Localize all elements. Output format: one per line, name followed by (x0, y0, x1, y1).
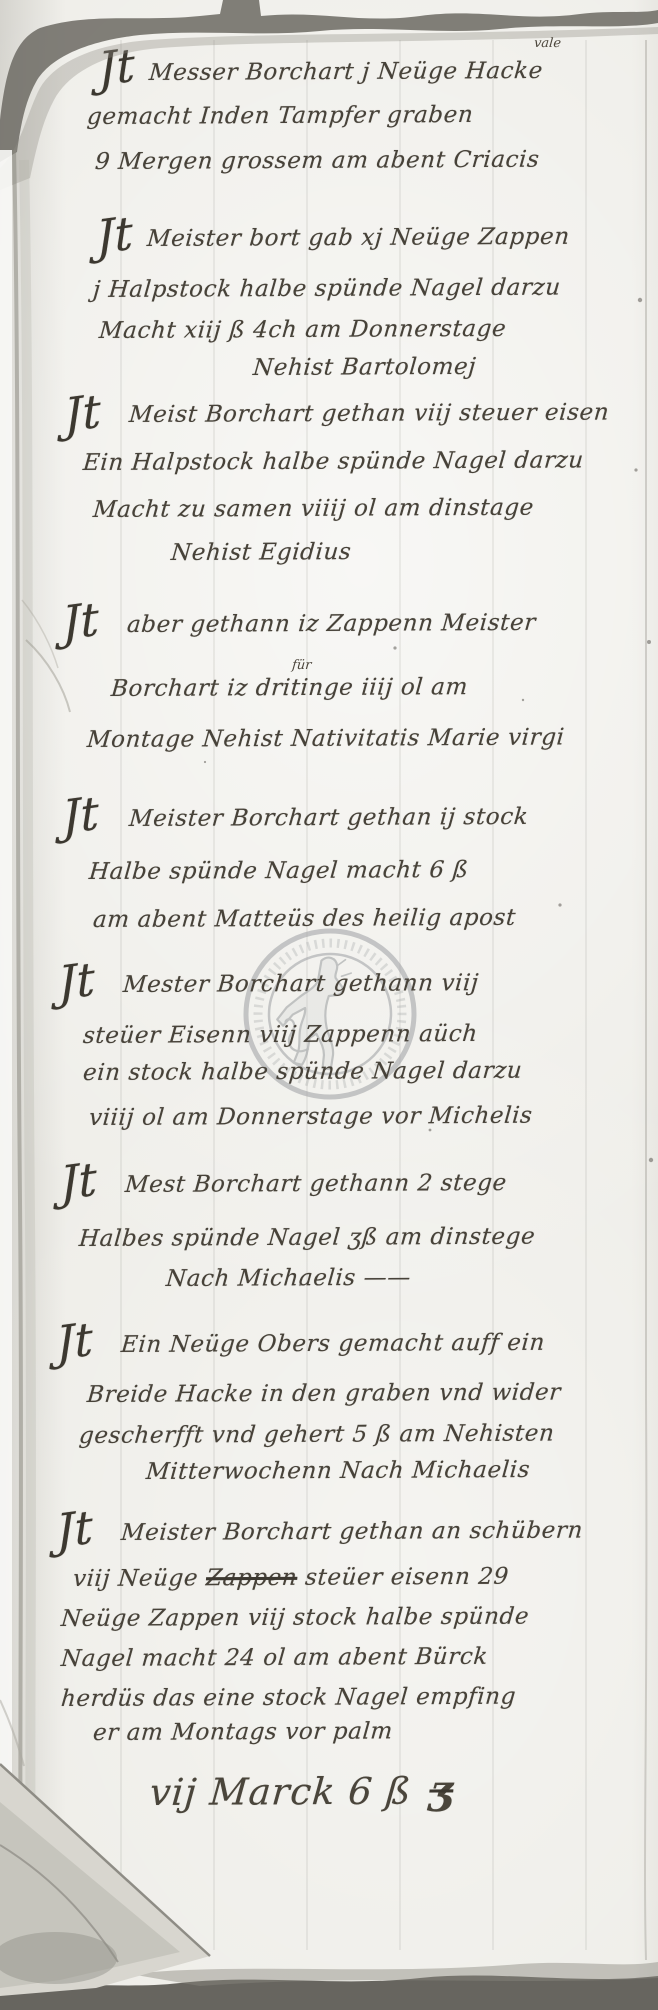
manuscript-line: Meister Borchart gethan an schübern (120, 1518, 584, 1546)
manuscript-line: 9 Mergen grossem am abent Criacis (94, 147, 541, 175)
item-mark: Jt (63, 387, 101, 438)
manuscript-line: Mitterwochenn Nach Michaelis (145, 1457, 531, 1485)
item-mark: Jt (55, 1315, 93, 1366)
manuscript-line: gemacht Inden Tampfer graben (86, 102, 474, 130)
manuscript-line: Mester Borchart gethann viij (122, 970, 480, 998)
manuscript-line: Halbe spünde Nagel macht 6 ß (88, 857, 470, 885)
sum-total-line: vij Marck 6 ßʒ (148, 1766, 455, 1815)
manuscript-line: j Halpstock halbe spünde Nagel darzu (92, 275, 562, 303)
manuscript-line: viiij ol am Donnerstage vor Michelis (88, 1103, 534, 1131)
item-mark: Jt (59, 1155, 97, 1206)
manuscript-line: Halbes spünde Nagel ʒß am dinstege (78, 1224, 536, 1252)
manuscript-line: ein stock halbe spünde Nagel darzu (82, 1058, 523, 1086)
manuscript-line: Nehist Egidius (170, 539, 352, 566)
manuscript-line: viij Neüge Zappen steüer eisenn 29 (72, 1564, 510, 1592)
chain-line (585, 40, 587, 1950)
item-mark: Jt (61, 595, 99, 646)
manuscript-line: herdüs das eine stock Nagel empfing (60, 1684, 517, 1712)
manuscript-line: Meist Borchart gethan viij steuer eisen (128, 399, 610, 428)
manuscript-line: Messer Borchart j Neüge Hacke (148, 58, 544, 86)
sum-total-struck-mark: ʒ (428, 1766, 456, 1813)
manuscript-line: Meister bort gab xj Neüge Zappen (146, 224, 571, 252)
manuscript-line: steüer Eisenn viij Zappenn aüch (82, 1021, 479, 1049)
manuscript-line: Neüge Zappen viij stock halbe spünde (60, 1604, 530, 1632)
item-mark: Jt (97, 41, 135, 92)
manuscript-line: Nagel macht 24 ol am abent Bürck (60, 1644, 489, 1672)
item-mark: Jt (61, 789, 99, 840)
manuscript-line: Mest Borchart gethann 2 stege (124, 1170, 508, 1198)
manuscript-line: Macht xiij ß 4ch am Donnerstage (98, 316, 507, 344)
manuscript-line: Borchart iz dritinge iiij ol am (110, 674, 469, 702)
manuscript-line: Montage Nehist Nativitatis Marie virgi (86, 725, 566, 753)
manuscript-line: Ein Neüge Obers gemacht auff ein (120, 1330, 546, 1358)
sum-total-amount: vij Marck 6 ß (148, 1770, 413, 1814)
manuscript-line: Breide Hacke in den graben vnd wider (86, 1380, 562, 1408)
manuscript-scan: JtMesser Borchart j Neüge Hackegemacht I… (0, 0, 658, 2010)
item-mark: Jt (95, 209, 133, 260)
item-mark: Jt (57, 955, 95, 1006)
manuscript-line: Meister Borchart gethan ij stock (128, 804, 529, 832)
interlinear-note: vale (533, 36, 561, 51)
manuscript-line: er am Montags vor palm (92, 1718, 394, 1746)
interlinear-note: für (291, 658, 312, 673)
manuscript-line: Ein Halpstock halbe spünde Nagel darzu (82, 447, 585, 476)
manuscript-line: aber gethann iz Zappenn Meister (126, 610, 537, 638)
item-mark: Jt (55, 1503, 93, 1554)
manuscript-line: am abent Matteüs des heilig apost (92, 905, 517, 933)
manuscript-line: Nehist Bartolomej (252, 354, 477, 381)
manuscript-line: gescherfft vnd gehert 5 ß am Nehisten (78, 1421, 556, 1449)
manuscript-line: Nach Michaelis —— (165, 1265, 412, 1292)
struck-word: Zappen (205, 1565, 298, 1591)
manuscript-line: Macht zu samen viiij ol am dinstage (92, 495, 535, 523)
